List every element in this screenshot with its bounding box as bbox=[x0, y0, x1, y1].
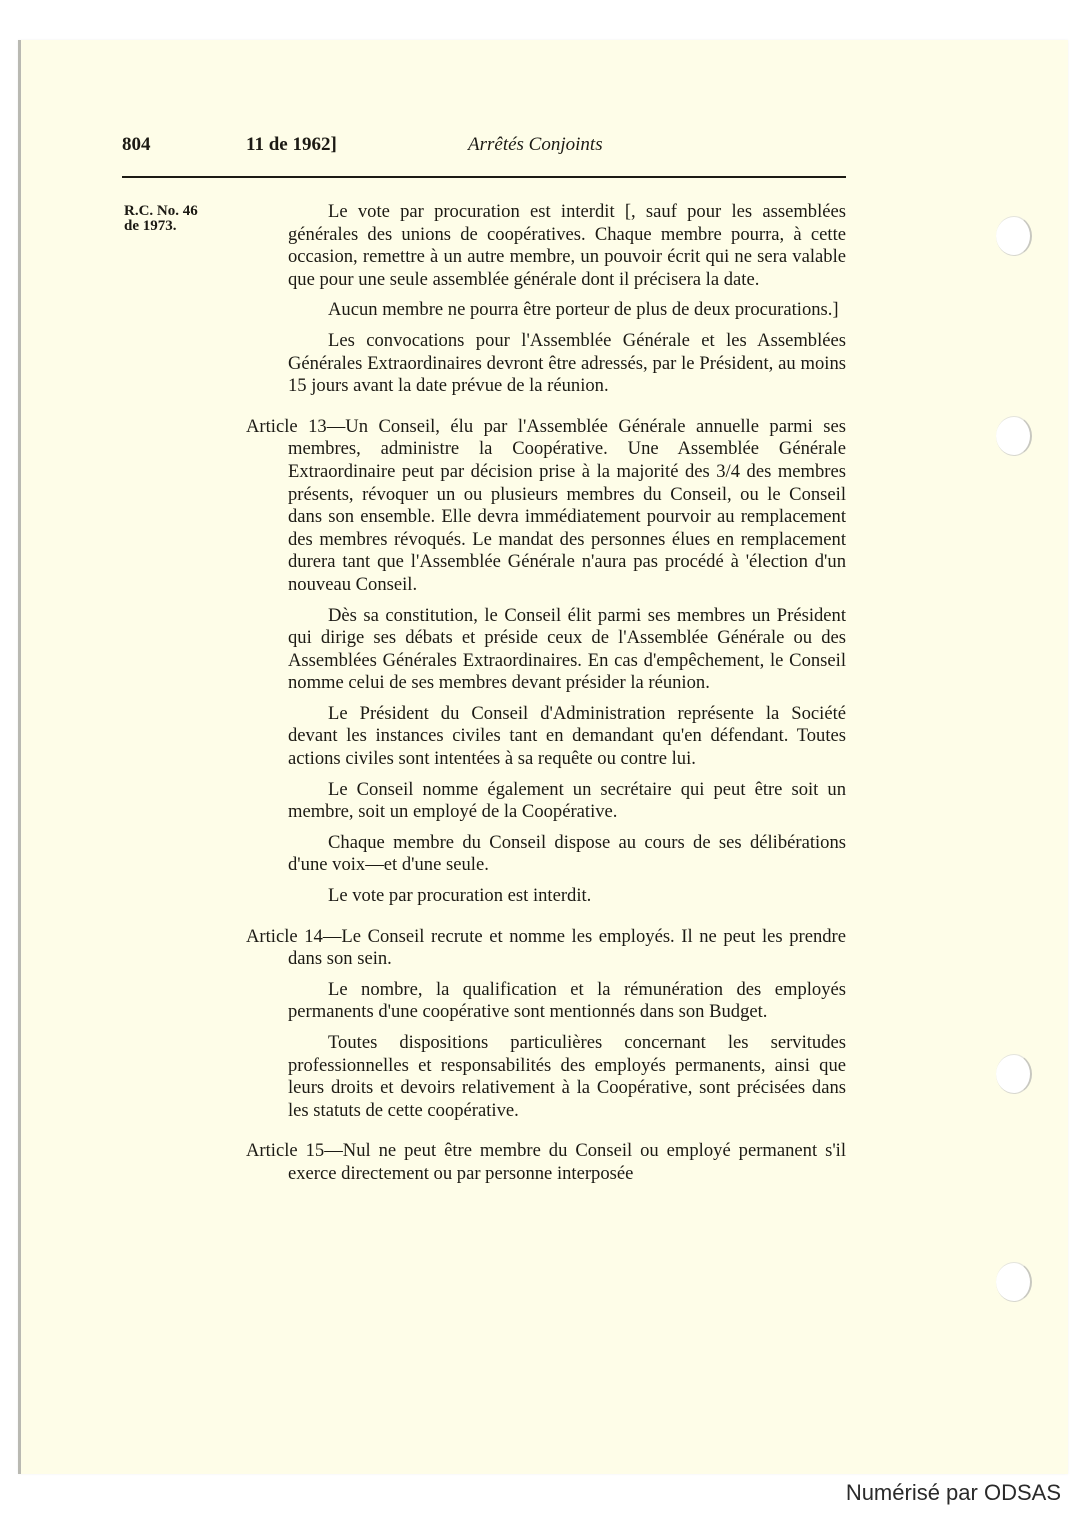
punch-hole-icon bbox=[996, 416, 1032, 456]
body-paragraph: Le vote par procuration est interdit [, … bbox=[288, 201, 846, 291]
section-reference: 11 de 1962] bbox=[246, 134, 337, 156]
header-rule bbox=[122, 176, 846, 178]
body-paragraph: Le Conseil nomme également un secrétaire… bbox=[288, 779, 846, 824]
running-header: 804 11 de 1962] Arrêtés Conjoints bbox=[122, 134, 846, 164]
punch-hole-icon bbox=[996, 1262, 1032, 1302]
article-label: Article 13 bbox=[246, 416, 327, 437]
document-body: Le vote par procuration est interdit [, … bbox=[288, 201, 846, 1194]
body-paragraph: Le Président du Conseil d'Administration… bbox=[288, 703, 846, 771]
page-number: 804 bbox=[122, 134, 151, 156]
article-paragraph: Article 14—Le Conseil recrute et nomme l… bbox=[288, 926, 846, 971]
article-paragraph: Article 13—Un Conseil, élu par l'Assembl… bbox=[288, 416, 846, 597]
body-paragraph: Dès sa constitution, le Conseil élit par… bbox=[288, 605, 846, 695]
margin-note-line: R.C. No. 46 bbox=[124, 204, 234, 219]
article-text: —Un Conseil, élu par l'Assemblée Général… bbox=[288, 416, 846, 595]
body-paragraph: Le vote par procuration est interdit. bbox=[288, 885, 846, 908]
margin-note-line: de 1973. bbox=[124, 219, 234, 234]
body-paragraph: Les convocations pour l'Assemblée Généra… bbox=[288, 330, 846, 398]
punch-hole-icon bbox=[996, 1054, 1032, 1094]
article-label: Article 15 bbox=[246, 1140, 324, 1161]
margin-note: R.C. No. 46 de 1973. bbox=[124, 204, 234, 234]
article-text: —Le Conseil recrute et nomme les employé… bbox=[288, 926, 846, 970]
body-paragraph: Le nombre, la qualification et la rémuné… bbox=[288, 979, 846, 1024]
article-text: —Nul ne peut être membre du Conseil ou e… bbox=[288, 1140, 846, 1184]
body-paragraph: Chaque membre du Conseil dispose au cour… bbox=[288, 832, 846, 877]
body-paragraph: Aucun membre ne pourra être porteur de p… bbox=[288, 299, 846, 322]
article-label: Article 14 bbox=[246, 926, 323, 947]
punch-hole-icon bbox=[996, 216, 1032, 256]
body-paragraph: Toutes dispositions particulières concer… bbox=[288, 1032, 846, 1122]
running-title: Arrêtés Conjoints bbox=[468, 134, 603, 156]
digitization-watermark: Numérisé par ODSAS bbox=[846, 1480, 1061, 1506]
article-paragraph: Article 15—Nul ne peut être membre du Co… bbox=[288, 1140, 846, 1185]
